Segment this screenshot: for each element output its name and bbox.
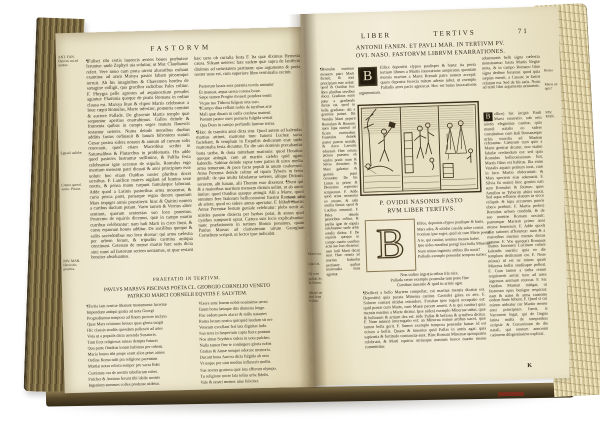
right-column-text: ellice) hic incipit Pauli Marsi enarrati… [484,111,549,337]
quire-signature: K [527,363,532,369]
right-commentary-column-bottom: Bellice) hic incipit Pauli Marsi enarrat… [483,111,549,373]
center-verse-lines: Non uultus ingratia tribus illa nice.Pal… [354,269,504,289]
right-page: LIBER TERTIVS 71 ANTONII FANEN. ET PAVLI… [300,6,570,386]
dedication-poem-column-1: ¶Tertia iam nostræ libarunt monumenta lu… [86,301,196,388]
right-commentary-column-top: aduentantis belli signa cœlestia monstra… [482,55,542,111]
right-running-header: LIBER TERTIVS 71 [361,27,529,40]
ornate-initial-b: B [358,67,378,87]
left-verse-block: Pastorum lassis sera præmia noctis amant… [199,81,304,128]
left-commentary-column-b-top: hæc uero ob curialia festa F. Ita quæ di… [194,53,301,83]
left-page: FASTORVM ANT. FAN. Hieroni mi ad uentus.… [55,27,314,393]
right-gutter-margin-notes: Matro na.Quiri ni.Di com pellati Io. & M… [308,252,326,310]
right-margin-note-1: Roma [544,68,560,73]
drop-cap-b-box: B [365,219,417,273]
left-margin-note-4: PAV. MAR. Herio nis pontica. [63,259,87,272]
edge-red-mark [498,392,524,396]
left-margin-note-3: Contra quosd. aucto. Pisaur. [61,183,85,192]
left-margin-note-2: Egnatii ualidæ. [60,151,84,156]
right-intro-block: BEllice depositis clypeo paulisper & has… [358,63,477,104]
header-word-tertius: TERTIVS [433,29,476,38]
page-number: 71 [518,27,529,35]
left-gutter-margin-note: Grati. ms ad fonte. [288,195,308,204]
header-word-liber: LIBER [361,31,391,40]
dedication-poem-column-2: Vixere ante Iouem nobis nouissima uersuT… [198,298,310,386]
left-margin-note-1: ANT. FAN. Hieroni mi ad uentus. [58,55,82,68]
woodcut-illustration [357,101,482,197]
right-margin-note-3: PAV. MAR. [545,110,561,119]
book-photograph: FASTORVM ANT. FAN. Hieroni mi ad uentus.… [0,0,600,437]
right-margin-note-2: Marte ne quis? [544,82,560,91]
drop-cap-b: B [376,221,405,268]
left-commentary-column-a: ¶Falisci tibi certis iuuencis æneos boue… [86,56,194,277]
lower-commentary-block: ¶Bellice) a bello Martem compellat, cui … [363,287,488,375]
